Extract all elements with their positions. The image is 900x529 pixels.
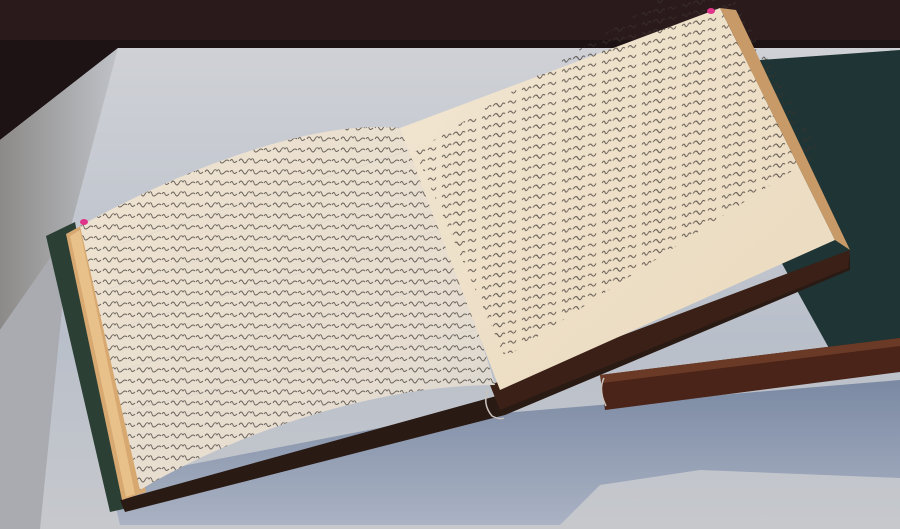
photo-scene: Open handwritten notebook on a table	[0, 0, 900, 529]
scene-illustration	[0, 0, 900, 529]
pink-mark-right	[707, 8, 715, 14]
pink-mark-left	[80, 219, 88, 225]
